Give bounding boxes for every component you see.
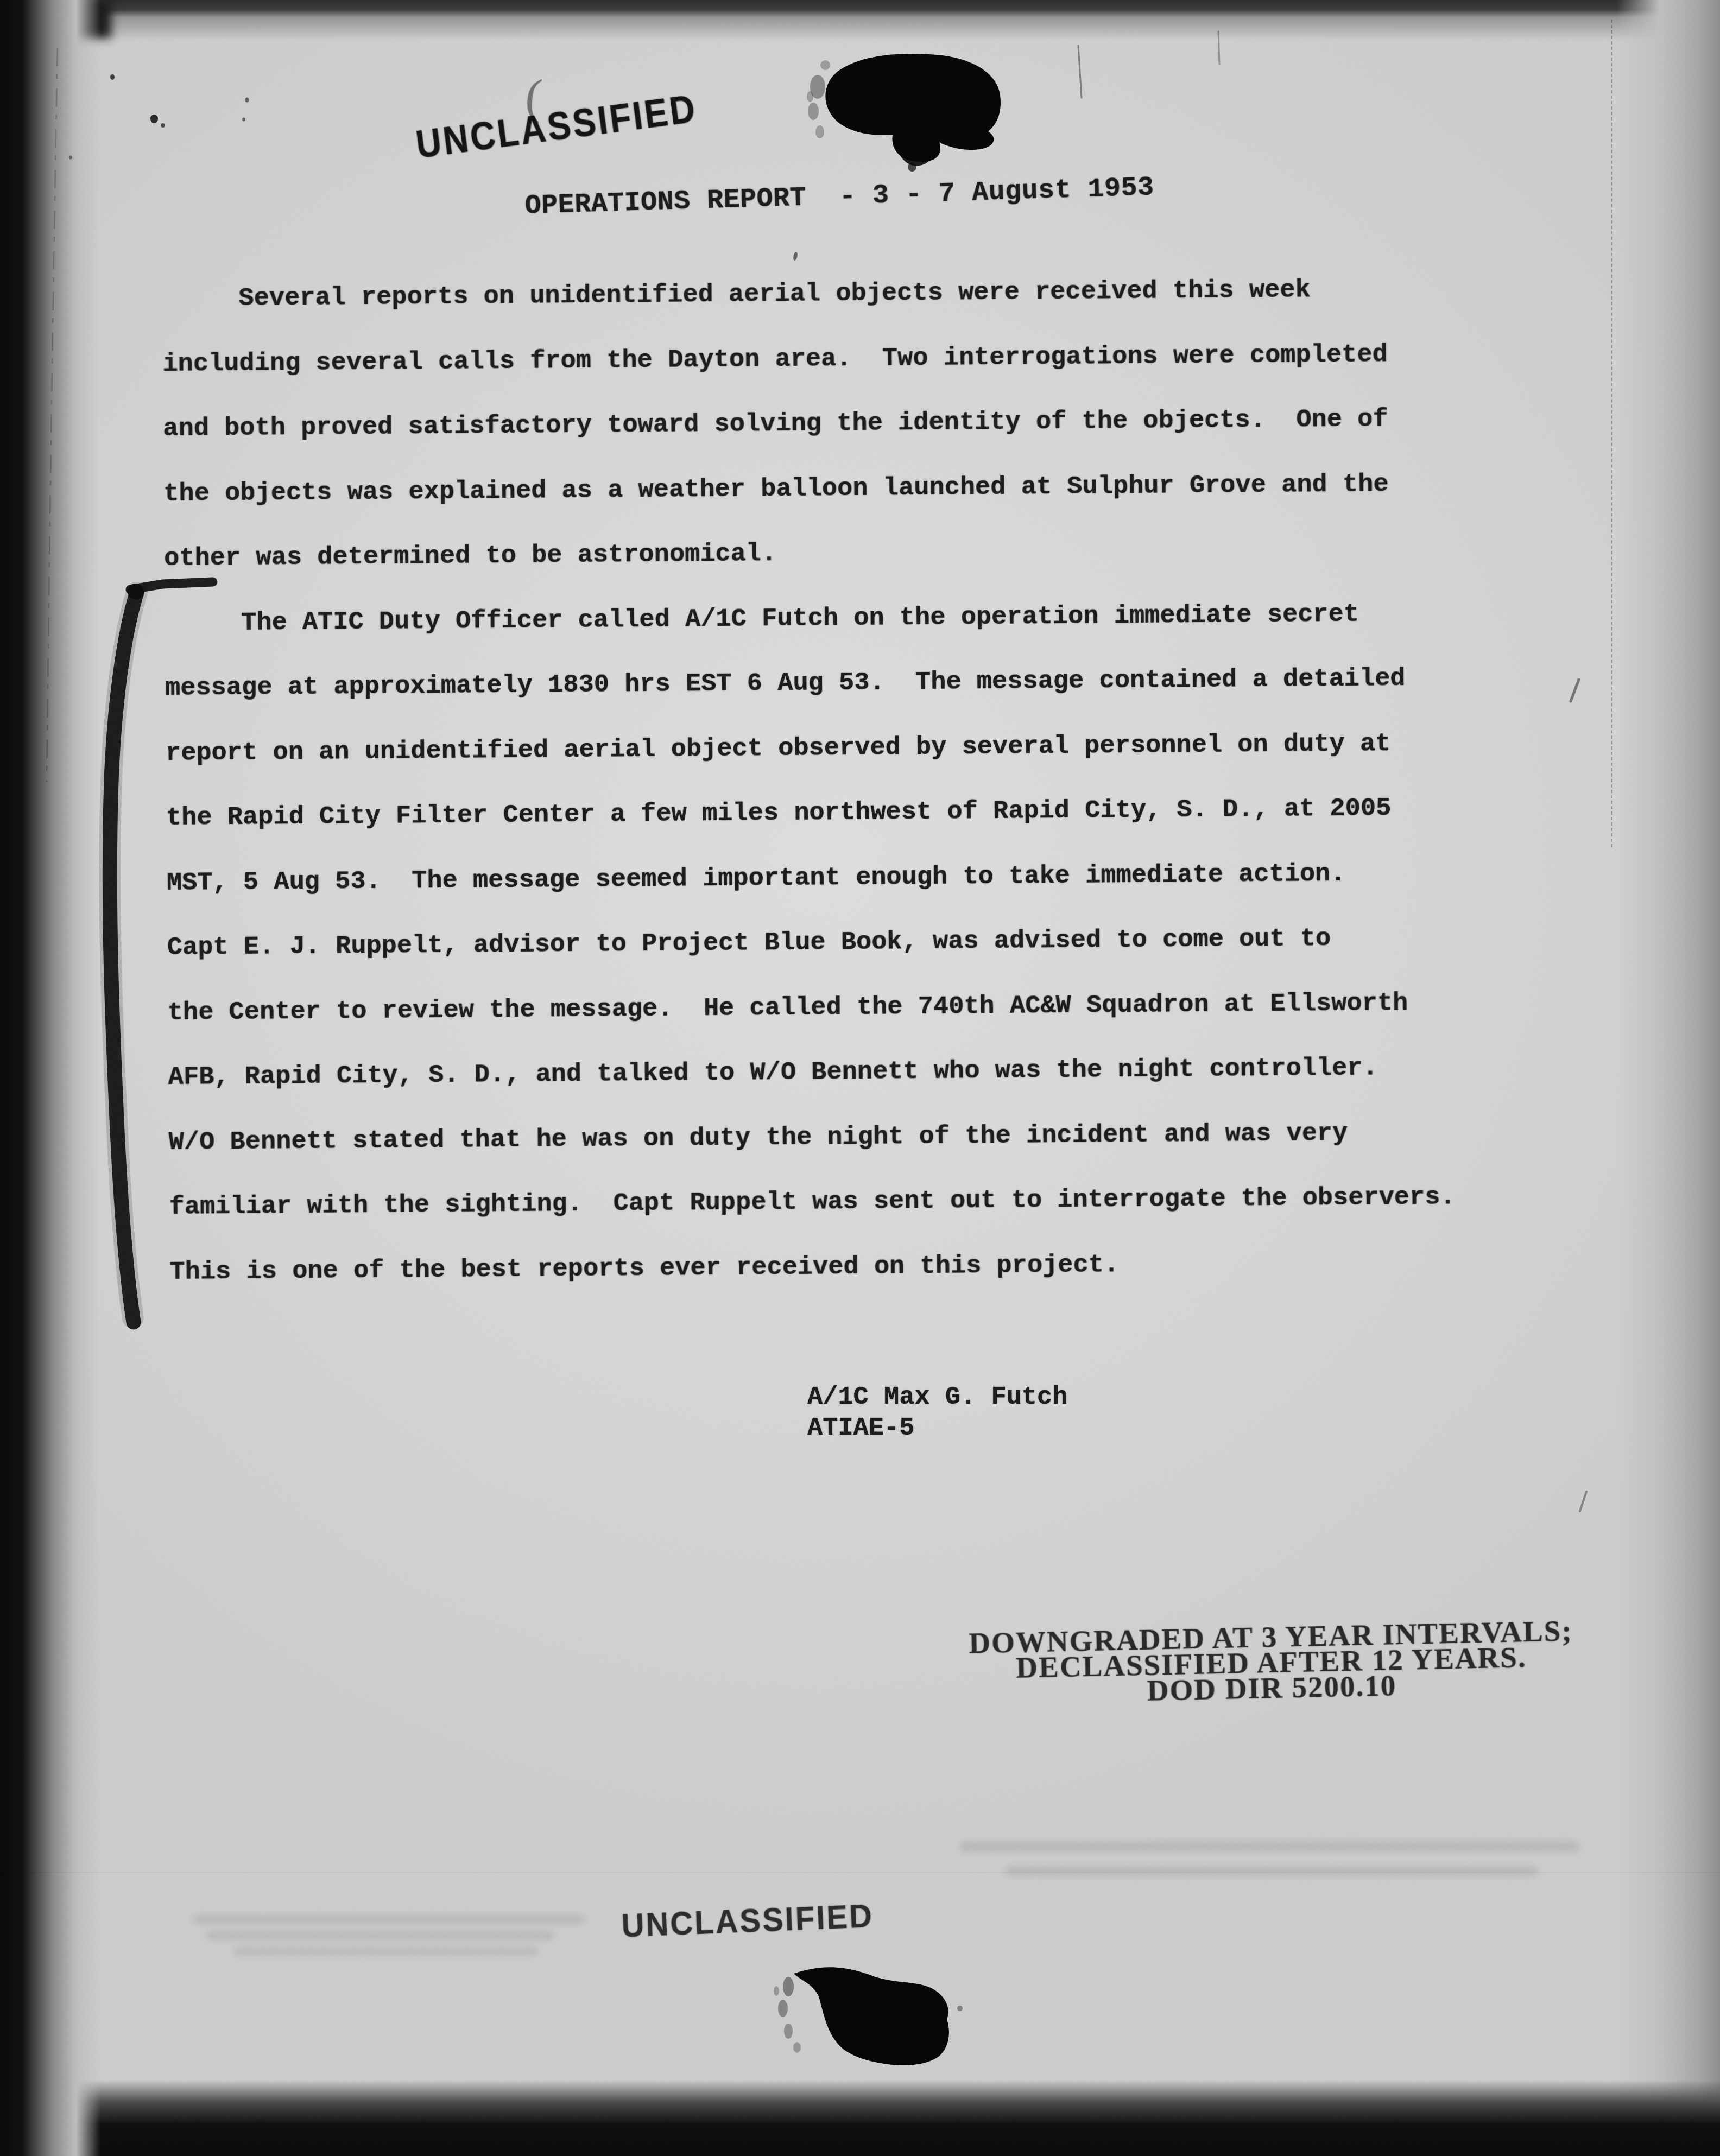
unclassified-stamp-top: UNCLASSIFIED (413, 86, 699, 167)
bleedthrough-smudge (233, 1948, 537, 1955)
scanned-page: ( UNCLASSIFIED OPERATIONS REPORT - 3 - 7… (0, 0, 1720, 2156)
signature-block: A/1C Max G. FutchATIAE-5 (807, 1382, 1067, 1444)
report-title: OPERATIONS REPORT - 3 - 7 August 1953 (524, 173, 1154, 222)
page-edge-right (1617, 0, 1720, 2156)
page-edge-left (0, 0, 100, 2156)
downgrade-stamp: DOWNGRADED AT 3 YEAR INTERVALS; DECLASSI… (945, 1617, 1598, 1707)
signature-name: A/1C Max G. Futch (807, 1383, 1067, 1412)
report-body: Several reports on unidentified aerial o… (162, 257, 1456, 1305)
ink-blot-bottom (774, 1967, 963, 2065)
bleedthrough-smudge (960, 1841, 1579, 1852)
unclassified-stamp-bottom: UNCLASSIFIED (621, 1897, 874, 1945)
ink-blot-top (807, 54, 1001, 172)
bleedthrough-smudge (1006, 1866, 1538, 1876)
page-edge-bottom (0, 2080, 1720, 2156)
page-edge-top (0, 0, 1720, 41)
bleedthrough-smudge (193, 1915, 584, 1924)
signature-office: ATIAE-5 (807, 1414, 914, 1443)
paper-crease-right (1611, 20, 1614, 847)
bleedthrough-smudge (206, 1931, 554, 1940)
